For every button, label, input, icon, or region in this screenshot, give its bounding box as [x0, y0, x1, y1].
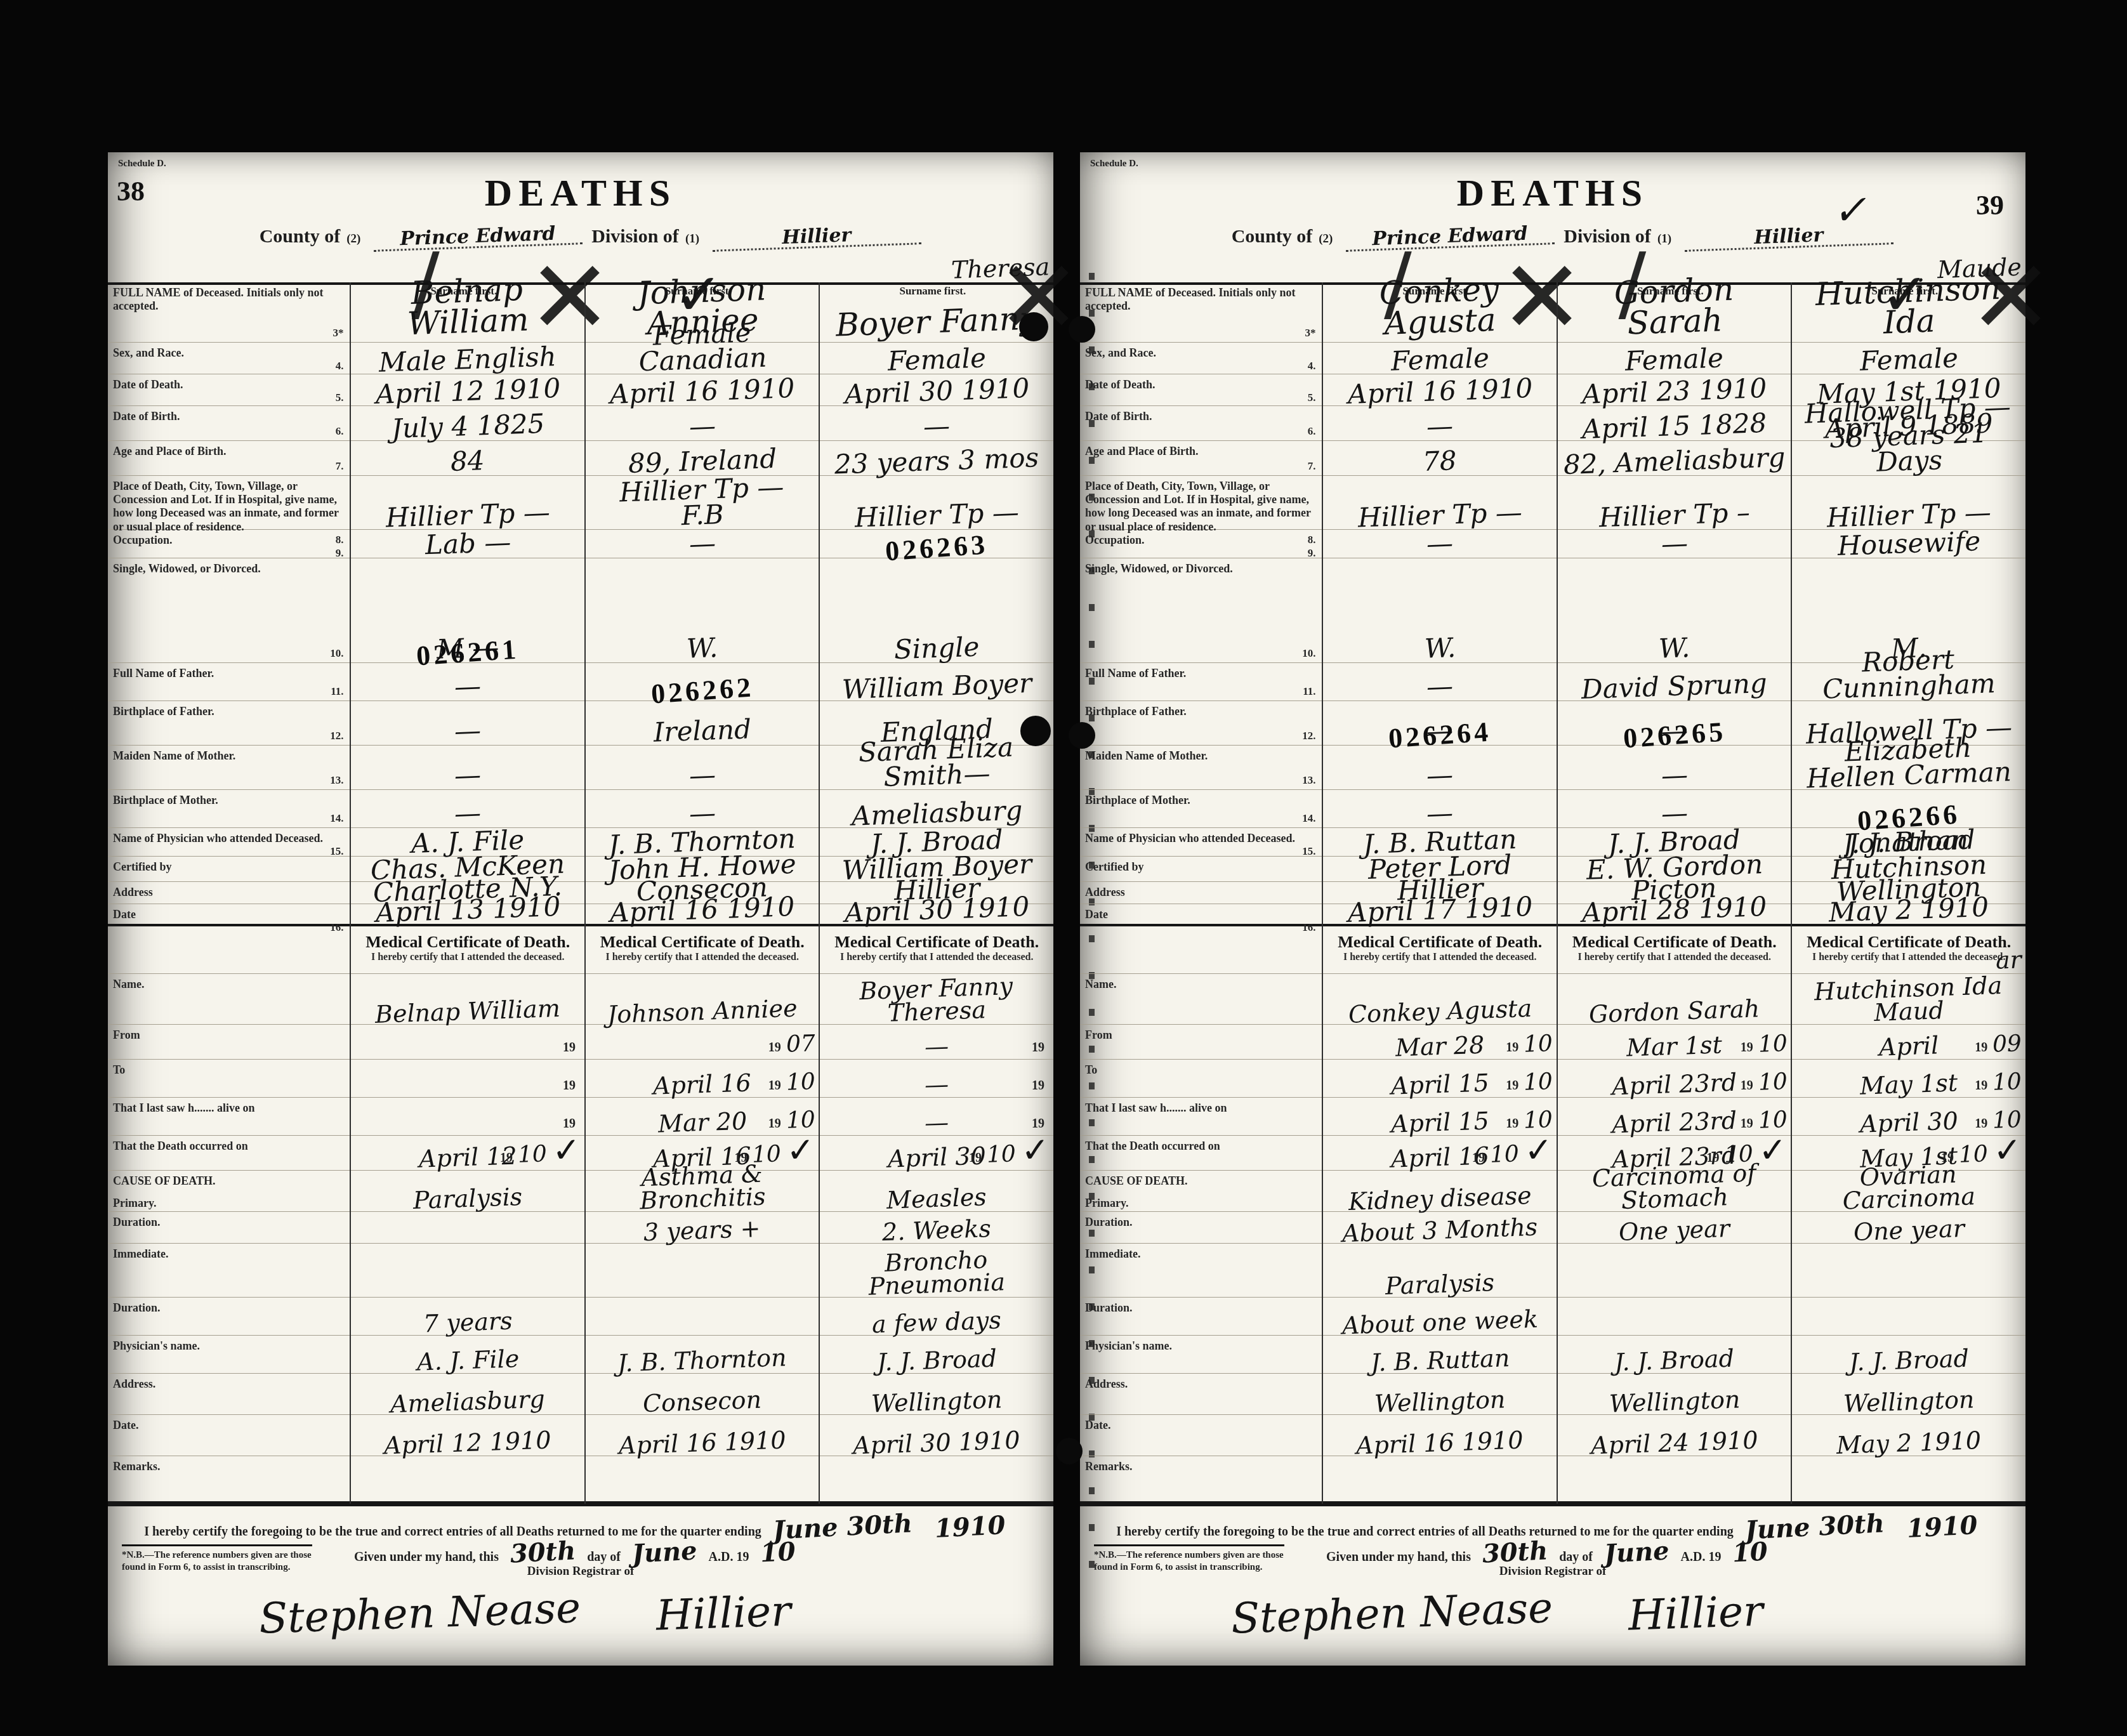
certification-line1: I hereby certify the foregoing to be the…: [108, 1515, 1053, 1539]
medcert-row-label: Duration.: [113, 1299, 345, 1315]
entry-cell: July 4 1825: [351, 406, 584, 441]
row-label-cell: Age and Place of Birth.7.: [108, 441, 350, 476]
row-label: Birthplace of Mother.: [113, 791, 345, 807]
page-header: Schedule D.38DEATHSCounty of(2)Prince Ed…: [108, 152, 1053, 285]
row-number-spacer: [1315, 1499, 1317, 1500]
entry-cell: May 2 1910: [1792, 904, 2025, 926]
handwritten-year: 10: [786, 1071, 815, 1094]
entry-cell: April 30 1910: [820, 904, 1053, 926]
entry-value: —: [454, 718, 482, 744]
row-label: Address: [113, 883, 345, 899]
punch-hole: [1069, 316, 1095, 343]
medcert-entry-cell: April 30 1910: [820, 1415, 1053, 1456]
medcert-header-cell: Medical Certificate of Death.I hereby ce…: [1792, 926, 2025, 974]
medcert-row-label-cell: To: [1080, 1060, 1322, 1098]
entry-value: 23 years 3 mos: [834, 445, 1039, 478]
nb-reference-note: *N.B.—The reference numbers given are th…: [122, 1544, 312, 1574]
medcert-value: About 3 Months: [1342, 1216, 1538, 1246]
row-label-column: FULL NAME of Deceased. Initials only not…: [108, 282, 350, 1504]
medcert-subtitle: I hereby certify that I attended the dec…: [371, 952, 565, 963]
entry-value: Hillier Tp —: [1357, 500, 1522, 531]
handwritten-day: 30th: [510, 1539, 576, 1566]
medcert-entry-cell: [1558, 1456, 1791, 1504]
entry-cell: —: [351, 701, 584, 746]
medcert-entry-cell: Wellington: [1558, 1374, 1791, 1415]
row-number: 10.: [330, 647, 345, 661]
year-group: 1910: [1741, 1110, 1788, 1131]
medcert-header-cell: Medical Certificate of Death.I hereby ce…: [1558, 926, 1791, 974]
row-label: Occupation.: [1085, 531, 1317, 547]
medcert-value: April: [1878, 1034, 1939, 1058]
page-title: DEATHS: [1080, 152, 2025, 215]
medcert-value: Johnson Anniee: [607, 997, 798, 1027]
medcert-value: Measles: [886, 1185, 987, 1212]
row-number: 14.: [330, 812, 345, 826]
medcert-row-label: Date.: [113, 1416, 345, 1432]
medcert-header-cell: Medical Certificate of Death.I hereby ce…: [1323, 926, 1557, 974]
medcert-entry-cell: April 301910: [1792, 1098, 2025, 1136]
row-label: Certified by: [1085, 858, 1317, 874]
entry-value: —: [454, 762, 482, 788]
entry-value: 78: [1423, 448, 1458, 475]
entry-cell: 026262: [586, 663, 819, 701]
division-superscript: (1): [1657, 232, 1671, 246]
row-label: Place of Death, City, Town, Village, or …: [113, 477, 345, 534]
entry-cell: April 30 1910: [820, 374, 1053, 406]
year-group: 1910: [1506, 1072, 1553, 1093]
entry-cell: Hillier Tp –: [1558, 476, 1791, 530]
row-number-spacer: [1315, 1240, 1317, 1242]
entry-cell: 84: [351, 441, 584, 476]
medcert-entry-cell: 19: [351, 1025, 584, 1060]
medcert-header-cell: Medical Certificate of Death.I hereby ce…: [586, 926, 819, 974]
entry-value: David Sprung: [1581, 671, 1768, 702]
medcert-entry-cell: Conkey Agusta: [1323, 974, 1557, 1025]
medcert-entry-cell: 1907: [586, 1025, 819, 1060]
medcert-label-spacer: [108, 926, 350, 974]
registrar-division: Hillier: [1628, 1591, 1764, 1636]
entry-cell: 78: [1323, 441, 1557, 476]
entry-cell: Sarah Eliza Smith—: [820, 746, 1053, 790]
medcert-row-label-cell: Physician's name.: [1080, 1336, 1322, 1374]
medcert-row-label-cell: Remarks.: [1080, 1456, 1322, 1504]
row-label-cell: Single, Widowed, or Divorced.10.: [1080, 558, 1322, 663]
row-number: 11.: [331, 685, 345, 699]
row-label-cell: Sex, and Race.4.: [1080, 343, 1322, 374]
entry-value: W.: [686, 635, 718, 662]
medcert-value: 3 years +: [643, 1217, 761, 1244]
entry-value: April 30 1910: [844, 894, 1029, 926]
entry-value: Elizabeth Hellen Carman: [1796, 733, 2021, 792]
medcert-row-label: To: [1085, 1061, 1317, 1077]
row-label: Date of Birth.: [113, 407, 345, 423]
page-number: 39: [1976, 189, 2004, 221]
handwritten-year: 10: [1489, 1143, 1519, 1166]
entry-value: July 4 1825: [391, 411, 545, 442]
entry-cell: Hillier Tp —: [1792, 476, 2025, 530]
medcert-entry-cell: 2. Weeks: [820, 1212, 1053, 1244]
medcert-entry-cell: —19: [820, 1025, 1053, 1060]
row-number: [343, 901, 345, 902]
medcert-value: Mar 1st: [1626, 1033, 1723, 1059]
row-number-spacer: [1315, 1133, 1317, 1134]
row-label: Sex, and Race.: [1085, 344, 1317, 360]
entry-cell: —: [1558, 746, 1791, 790]
row-label-cell: Name of Physician who attended Deceased.…: [108, 828, 350, 857]
medcert-row-label-cell: To: [108, 1060, 350, 1098]
medcert-subtitle: I hereby certify that I attended the dec…: [1577, 952, 1771, 963]
row-number-spacer: [343, 1056, 345, 1058]
row-number: 3*: [1305, 327, 1317, 341]
year-group: 1907: [768, 1034, 815, 1055]
entry-value: April 15 1828: [1582, 411, 1767, 442]
medcert-entry-cell: Measles: [820, 1171, 1053, 1212]
entry-cell: Hillier Tp —: [820, 476, 1053, 530]
medcert-row-label: CAUSE OF DEATH.: [113, 1172, 345, 1188]
row-label: Date: [1085, 905, 1317, 921]
day-of-text: day of: [1559, 1550, 1593, 1564]
row-label: Place of Death, City, Town, Village, or …: [1085, 477, 1317, 534]
schedule-label: Schedule D.: [1090, 159, 1138, 169]
entry-value: Single: [893, 635, 980, 663]
deceased-name: Hutchinson Ida: [1796, 273, 2022, 341]
medcert-value: a few days: [872, 1308, 1002, 1336]
entry-cell: Hillier Tp — F.B: [586, 476, 819, 530]
entry-cell: April 16 1910: [586, 904, 819, 926]
medcert-row-label: Remarks.: [1085, 1457, 1317, 1473]
medcert-value: April 23rd: [1612, 1070, 1737, 1098]
row-label: Age and Place of Birth.: [113, 442, 345, 458]
entry-value: April 30 1910: [844, 376, 1029, 407]
row-number: 6.: [1308, 425, 1317, 439]
entry-cell: Surname first.∕Gordon Sarah: [1558, 282, 1791, 343]
printed-year-prefix: 19: [1741, 1117, 1753, 1131]
medcert-row-label-cell: From: [1080, 1025, 1322, 1060]
row-number-spacer: [343, 1167, 345, 1169]
printed-year-prefix: 19: [500, 1151, 513, 1166]
entry-value: May 2 1910: [1829, 895, 1989, 926]
printed-year-prefix: 19: [1741, 1079, 1753, 1093]
medcert-value: Asthma & Bronchitis: [590, 1161, 815, 1214]
row-label-cell: Date of Birth.6.: [108, 406, 350, 441]
medcert-entry-cell: J. J. Broad: [820, 1336, 1053, 1374]
medcert-value: Paralysis: [1385, 1271, 1495, 1298]
registrar-signature: Stephen Nease: [1230, 1588, 1553, 1639]
entry-value: April 16 1910: [610, 376, 795, 407]
year-group: 1910: [768, 1110, 815, 1131]
medcert-entry-cell: Wellington: [1792, 1374, 2025, 1415]
medcert-value: April 30 1910: [853, 1428, 1021, 1457]
year-group: 1909: [1975, 1034, 2022, 1055]
entry-value: April 17 1910: [1347, 894, 1532, 926]
punch-hole: [1056, 1438, 1083, 1464]
medcert-value: May 1st: [1860, 1071, 1958, 1097]
county-value: Prince Edward: [373, 224, 583, 251]
entry-cell: —: [586, 530, 819, 558]
medcert-value: Mar 28: [1395, 1033, 1485, 1059]
medcert-row-label: From: [1085, 1026, 1317, 1042]
medcert-row-sublabel: Primary.: [1085, 1197, 1317, 1210]
medcert-title: Medical Certificate of Death.: [1572, 928, 1777, 952]
medcert-row-label-cell: That I last saw h....... alive on: [1080, 1098, 1322, 1136]
row-number-spacer: [343, 1332, 345, 1334]
row-number-spacer: [343, 1453, 345, 1454]
medcert-value: 7 years: [423, 1309, 513, 1335]
medcert-entry-cell: [1792, 1298, 2025, 1336]
medcert-value: —: [925, 1034, 949, 1058]
entry-value: Female Canadian: [590, 318, 815, 376]
medcert-entry-cell: May 2 1910: [1792, 1415, 2025, 1456]
medcert-entry-cell: J. B. Ruttan: [1323, 1336, 1557, 1374]
medcert-entry-cell: —19: [820, 1098, 1053, 1136]
medcert-row-label-cell: That the Death occurred on: [108, 1136, 350, 1171]
entry-value: Hillier Tp — F.B: [619, 475, 786, 531]
entry-cell: —: [1323, 663, 1557, 701]
medcert-value: —: [925, 1110, 949, 1134]
entry-cell: —: [1558, 790, 1791, 828]
schedule-label: Schedule D.: [118, 159, 166, 169]
entry-cell: April 16 1910: [1323, 374, 1557, 406]
entry-value: April 16 1910: [1347, 376, 1532, 407]
row-label-cell: FULL NAME of Deceased. Initials only not…: [108, 282, 350, 343]
registrar-division: Hillier: [655, 1591, 792, 1636]
row-number: 13.: [1302, 774, 1317, 788]
county-label: County of: [1232, 226, 1313, 247]
entry-cell: Female: [1792, 343, 2025, 374]
entry-value: Female: [1625, 345, 1724, 374]
entry-cell: 82, Ameliasburg: [1558, 441, 1791, 476]
entry-value: Hillier Tp —: [854, 500, 1019, 531]
page-header: Schedule D.39✓DEATHSCounty of(2)Prince E…: [1080, 152, 2025, 285]
handwritten-month: June: [1603, 1539, 1669, 1566]
row-label: Birthplace of Mother.: [1085, 791, 1317, 807]
entry-cell: Female Canadian: [586, 343, 819, 374]
handwritten-check-mark: ✓: [551, 1133, 581, 1167]
year-group: 19: [1032, 1041, 1050, 1055]
entry-value: April 12 1910: [375, 376, 560, 407]
printed-year-prefix: 19: [768, 1041, 781, 1055]
year-group: 1910: [1741, 1072, 1788, 1093]
medcert-entry-cell: [1558, 1244, 1791, 1298]
entry-cell: Female: [1323, 343, 1557, 374]
entry-cell: Hillier Tp —: [1323, 476, 1557, 530]
row-number: 12.: [1302, 730, 1317, 744]
medcert-title: Medical Certificate of Death.: [1338, 928, 1542, 952]
row-number-spacer: [1315, 1453, 1317, 1454]
medcert-entry-cell: Belnap William: [351, 974, 584, 1025]
year-group: 1910: [1975, 1110, 2022, 1131]
medcert-row-label-cell: CAUSE OF DEATH.Primary.: [1080, 1171, 1322, 1212]
medcert-value: Broncho Pneumonia: [824, 1246, 1049, 1299]
entry-value: Hillier Tp —: [385, 500, 550, 531]
medcert-entry-cell: About 3 Months: [1323, 1212, 1557, 1244]
medcert-row-label: Name.: [1085, 975, 1317, 991]
registrar-certification: I hereby certify the foregoing to be the…: [1080, 1504, 2025, 1668]
entry-cell: David Sprung: [1558, 663, 1791, 701]
row-number: 13.: [330, 774, 345, 788]
row-number-spacer: [1315, 1095, 1317, 1096]
medcert-row-label-cell: Physician's name.: [108, 1336, 350, 1374]
handwritten-day: 30th: [1482, 1539, 1548, 1566]
entry-value: —: [1661, 762, 1688, 788]
row-label: FULL NAME of Deceased. Initials only not…: [1085, 284, 1317, 313]
entry-value: —: [1661, 800, 1688, 826]
entry-cell: April 23 1910: [1558, 374, 1791, 406]
medcert-value: April 15: [1390, 1071, 1489, 1097]
medcert-entry-cell: [820, 1456, 1053, 1504]
medcert-entry-cell: 7 years: [351, 1298, 584, 1336]
medcert-entry-cell: [586, 1244, 819, 1298]
entry-column: Surname first.✓Johnson AnnieeFemale Cana…: [584, 282, 819, 1504]
handwritten-month: June: [631, 1539, 697, 1566]
medcert-subtitle: I hereby certify that I attended the dec…: [1812, 952, 2006, 963]
handwritten-year: 09: [1992, 1033, 2022, 1056]
handwritten-year: 07: [786, 1033, 815, 1056]
medcert-row-label-cell: That I last saw h....... alive on: [108, 1098, 350, 1136]
row-number-spacer: [1315, 1022, 1317, 1023]
entry-value: —: [1426, 413, 1454, 439]
row-number: 4.: [336, 360, 345, 374]
row-label-cell: Occupation.9.: [108, 530, 350, 558]
row-number-spacer: [1315, 1412, 1317, 1413]
entry-cell: —026264: [1323, 701, 1557, 746]
medcert-entry-cell: Paralysis: [351, 1171, 584, 1212]
medcert-entry-cell: Paralysis: [1323, 1244, 1557, 1298]
row-label: Single, Widowed, or Divorced.: [1085, 560, 1317, 575]
entry-value: —: [688, 800, 716, 826]
page-title: DEATHS: [108, 152, 1053, 215]
entry-cell: Surname first.∕✕Belnap William: [351, 282, 584, 343]
ad-19-text: A.D. 19: [1681, 1550, 1722, 1564]
printed-year-prefix: 19: [969, 1151, 982, 1166]
row-number: 11.: [1303, 685, 1317, 699]
medcert-row-label: From: [113, 1026, 345, 1042]
entry-value: —: [1426, 530, 1454, 556]
entry-cell: —: [351, 663, 584, 701]
medcert-row-label: Address.: [113, 1375, 345, 1391]
county-label: County of: [260, 226, 341, 247]
medcert-value: Wellington: [1843, 1388, 1974, 1415]
medcert-row-label: Duration.: [1085, 1213, 1317, 1229]
entry-value: Lab —: [425, 530, 511, 558]
row-label-cell: Full Name of Father.11.: [108, 663, 350, 701]
medcert-row-label: That I last saw h....... alive on: [113, 1099, 345, 1115]
entry-value: W.: [1424, 635, 1456, 662]
printed-year-prefix: 19: [1975, 1041, 1987, 1055]
medcert-subtitle: I hereby certify that I attended the dec…: [1343, 952, 1537, 963]
entry-cell: —: [586, 746, 819, 790]
entry-value: Female: [1390, 345, 1489, 374]
entry-value: Hallowell Tp — 38 years 21 Days: [1796, 394, 2021, 478]
medcert-entry-cell: Mar 281910: [1323, 1025, 1557, 1060]
entry-value: 84: [451, 448, 485, 475]
medcert-row-label-cell: Address.: [108, 1374, 350, 1415]
year-group: 1910: [1506, 1110, 1553, 1131]
entry-value: Female: [887, 345, 986, 374]
county-superscript: (2): [1319, 232, 1333, 246]
nb-reference-note: *N.B.—The reference numbers given are th…: [1094, 1544, 1284, 1574]
entry-value: Housewife: [1837, 529, 1980, 559]
medcert-row-label-cell: Duration.: [108, 1298, 350, 1336]
medcert-entry-cell: [351, 1212, 584, 1244]
handwritten-year: 10: [1992, 1071, 2022, 1094]
medcert-entry-cell: Mar 1st1910: [1558, 1025, 1791, 1060]
entry-value: —: [1661, 530, 1688, 556]
division-label: Division of: [1564, 226, 1651, 247]
row-number-spacer: [1315, 1167, 1317, 1169]
medcert-entry-cell: April 16 1910: [1323, 1415, 1557, 1456]
medcert-row-label-cell: Duration.: [108, 1212, 350, 1244]
medcert-row-label: Duration.: [1085, 1299, 1317, 1315]
medcert-entry-cell: April 151910: [1323, 1098, 1557, 1136]
medcert-row-sublabel: Primary.: [113, 1197, 345, 1210]
handwritten-check-mark: ✓: [1020, 1133, 1050, 1167]
row-number-spacer: [343, 1022, 345, 1023]
entry-value: —: [1426, 762, 1454, 788]
deceased-name: Conkey Agusta: [1327, 273, 1553, 341]
row-label-cell: Maiden Name of Mother.13.: [108, 746, 350, 790]
medcert-entry-cell: [586, 1298, 819, 1336]
register-page-left: Schedule D.38DEATHSCounty of(2)Prince Ed…: [108, 152, 1053, 1666]
entry-value: —: [688, 530, 716, 556]
row-label-cell: Maiden Name of Mother.13.: [1080, 746, 1322, 790]
medcert-row-label: Physician's name.: [113, 1337, 345, 1353]
medcert-entry-cell: 19: [351, 1060, 584, 1098]
entry-value: —: [454, 673, 482, 699]
entry-cell: April 17 1910: [1323, 904, 1557, 926]
entry-cell: Robert Cunningham: [1792, 663, 2025, 701]
punch-hole: [1019, 312, 1048, 341]
printed-year-prefix: 19: [1032, 1041, 1044, 1055]
entry-cell: —026265: [1558, 701, 1791, 746]
medcert-entry-cell: [1558, 1298, 1791, 1336]
year-group: 19: [563, 1079, 581, 1093]
county-value: Prince Edward: [1345, 224, 1555, 251]
medcert-value: Carcinoma of Stomach: [1562, 1161, 1787, 1214]
row-label-cell: Name of Physician who attended Deceased.…: [1080, 828, 1322, 857]
entry-value: —: [923, 413, 951, 439]
medcert-entry-cell: A. J. File: [351, 1336, 584, 1374]
medcert-value: Kidney disease: [1348, 1184, 1532, 1213]
medcert-value: Wellington: [1374, 1388, 1505, 1415]
printed-year-prefix: 19: [1975, 1079, 1987, 1093]
entry-column: Surname first.∕✕Conkey AgustaFemaleApril…: [1322, 282, 1557, 1504]
row-number: 12.: [330, 730, 345, 744]
surname-first-label: Surname first.: [899, 285, 966, 298]
entry-cell: —: [1323, 406, 1557, 441]
entry-value: —: [454, 800, 482, 826]
medcert-value: J. J. Broad: [876, 1347, 997, 1374]
row-label-cell: Occupation.9.: [1080, 530, 1322, 558]
medcert-row-label: Address.: [1085, 1375, 1317, 1391]
entry-value: Robert Cunningham: [1796, 645, 2021, 703]
entry-cell: Housewife: [1792, 530, 2025, 558]
row-number-spacer: [1315, 1371, 1317, 1372]
printed-year-prefix: 19: [1975, 1117, 1987, 1131]
medcert-row-label: Duration.: [113, 1213, 345, 1229]
entry-cell: —: [1323, 530, 1557, 558]
row-number-spacer: [1315, 1294, 1317, 1296]
row-label: Certified by: [113, 858, 345, 874]
medcert-value: —: [925, 1072, 949, 1096]
year-group: 19: [1032, 1079, 1050, 1093]
entry-cell: Ameliasburg: [820, 790, 1053, 828]
handwritten-year-suffix: 10: [1732, 1540, 1768, 1566]
deceased-name: Belnap William: [355, 273, 581, 341]
name-annotation: Theresa: [951, 255, 1050, 281]
entry-cell: April 28 1910: [1558, 904, 1791, 926]
printed-year-prefix: 19: [1032, 1117, 1044, 1131]
